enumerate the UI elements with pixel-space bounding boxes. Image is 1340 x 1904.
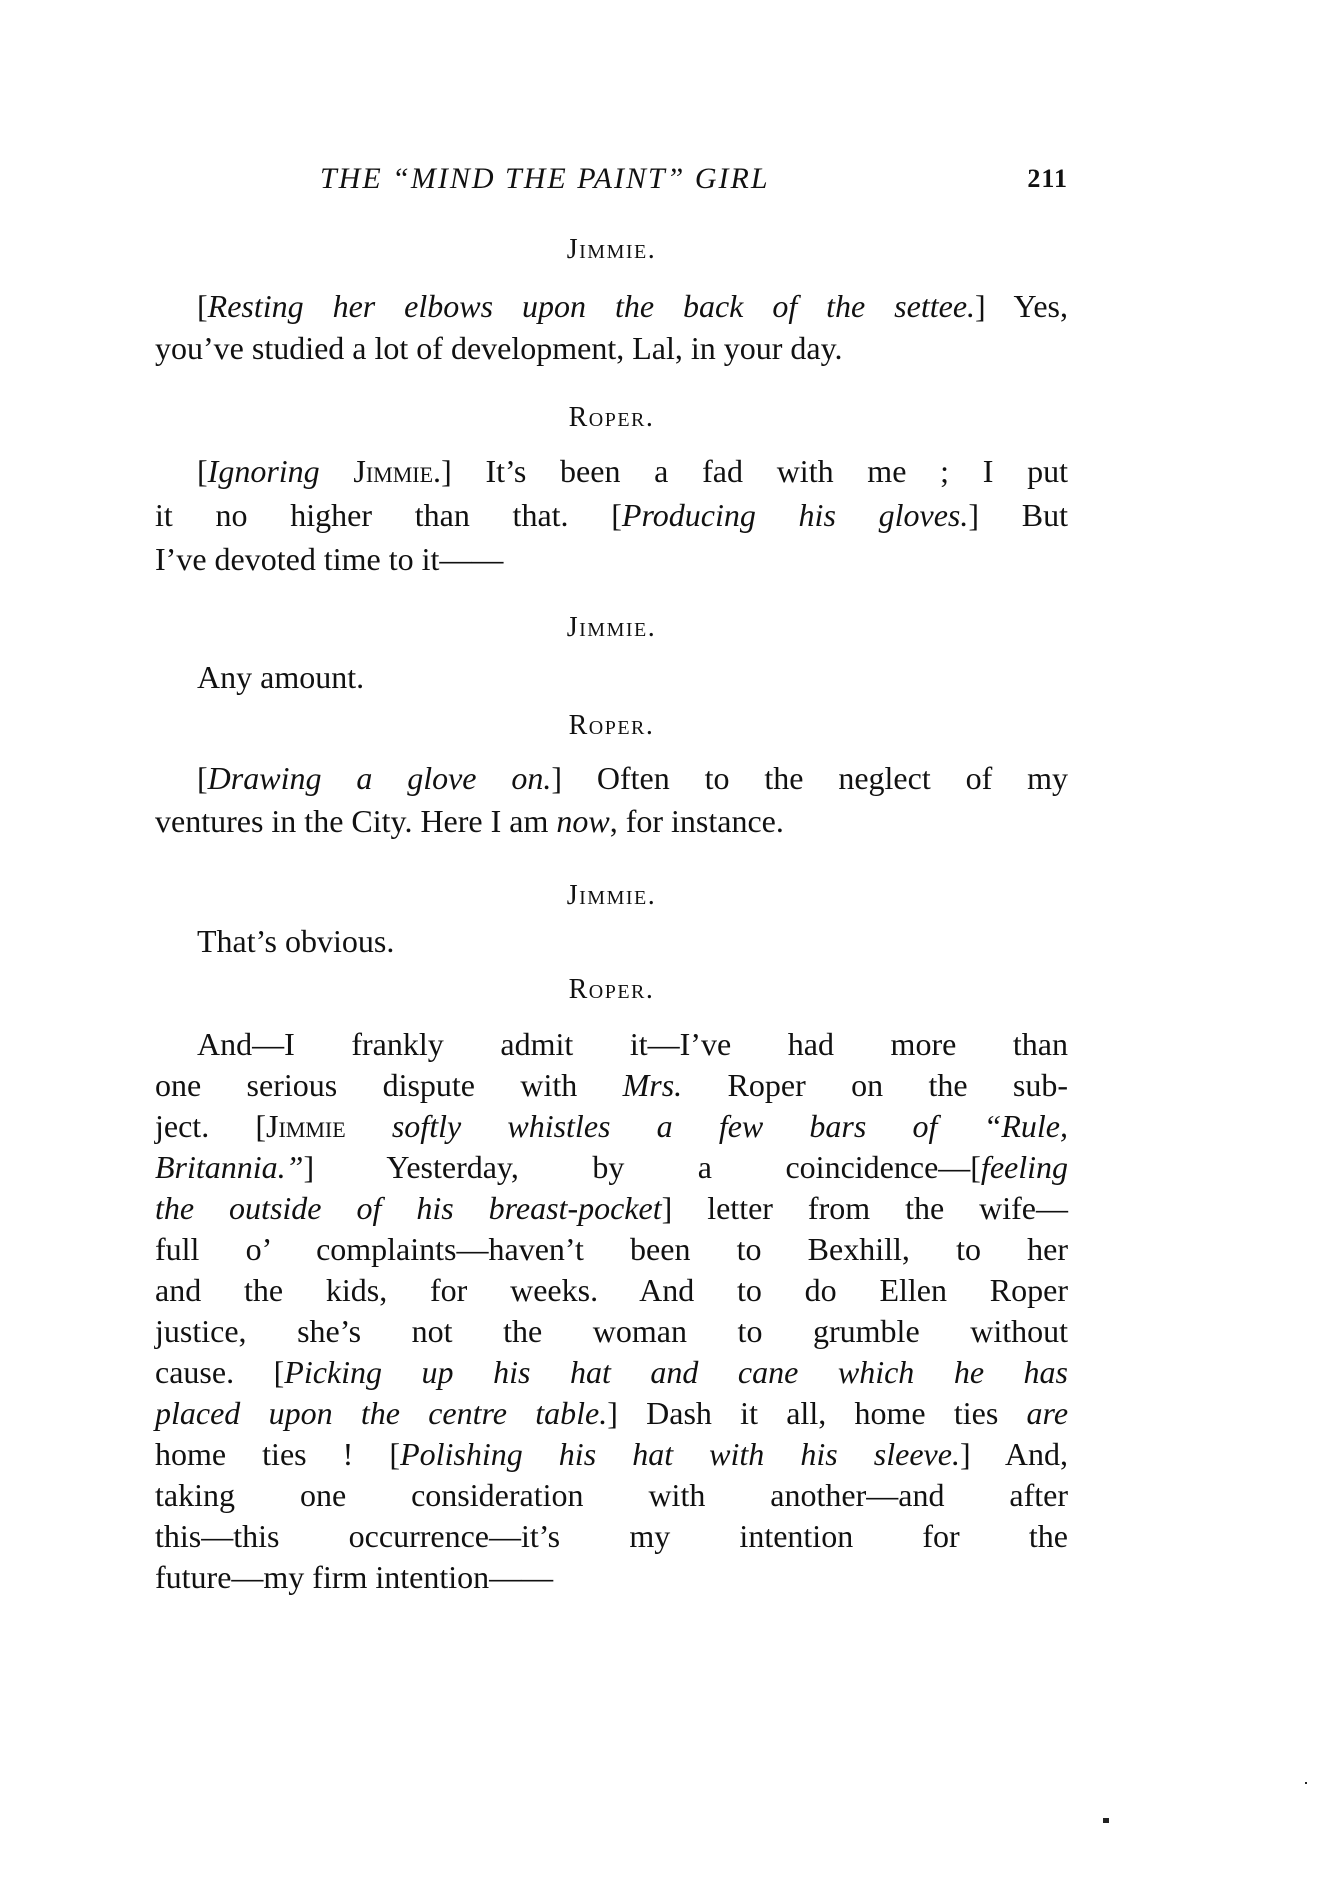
scan-speck: [1103, 1818, 1109, 1823]
running-title: THE “MIND THE PAINT” GIRL: [320, 162, 770, 196]
page-number: 211: [1027, 164, 1068, 194]
dialogue-text: it no higher than that. [: [155, 497, 622, 533]
text-line: [Ignoring Jimmie.] It’s been a fad with …: [197, 451, 1068, 491]
speaker-heading: Roper.: [155, 974, 1068, 1006]
stage-direction: now: [556, 803, 609, 839]
text-line: And—I frankly admit it—I’ve had more tha…: [197, 1024, 1068, 1064]
dialogue-text: one serious dispute with: [155, 1067, 623, 1103]
dialogue-text: this—this occurrence—it’s my intention f…: [155, 1518, 1068, 1554]
text-line: I’ve devoted time to it——: [155, 539, 1068, 579]
stage-direction: Polishing his hat with his sleeve.: [400, 1436, 960, 1472]
text-line: That’s obvious.: [197, 921, 1068, 961]
text-line: cause. [Picking up his hat and cane whic…: [155, 1352, 1068, 1392]
dialogue-text: full o’ complaints—haven’t been to Bexhi…: [155, 1231, 1068, 1267]
dialogue-text: ] Yes,: [975, 288, 1068, 324]
text-line: ventures in the City. Here I am now, for…: [155, 801, 1068, 841]
stage-direction: Producing his gloves.: [622, 497, 968, 533]
text-line: future—my firm intention——: [155, 1557, 1068, 1597]
text-line: ject. [Jimmie softly whistles a few bars…: [155, 1106, 1068, 1146]
text-line: it no higher than that. [Producing his g…: [155, 495, 1068, 535]
dialogue-text: ] And,: [960, 1436, 1068, 1472]
dialogue-text: [: [197, 760, 208, 796]
stage-direction: Resting her elbows upon the back of the …: [208, 288, 975, 324]
character-name: Jimmie: [266, 1108, 346, 1144]
text-line: the outside of his breast-pocket] letter…: [155, 1188, 1068, 1228]
stage-direction: Drawing a glove on.: [208, 760, 552, 796]
text-line: Britannia.”] Yesterday, by a coincidence…: [155, 1147, 1068, 1187]
text-line: this—this occurrence—it’s my intention f…: [155, 1516, 1068, 1556]
dialogue-text: ] Dash it all, home ties: [607, 1395, 1026, 1431]
dialogue-text: And—I frankly admit it—I’ve had more tha…: [197, 1026, 1068, 1062]
dialogue-text: ] But: [968, 497, 1068, 533]
scan-speck: [1305, 1782, 1307, 1784]
dialogue-text: cause. [: [155, 1354, 284, 1390]
stage-direction: feeling: [981, 1149, 1068, 1185]
dialogue-text: home ties ! [: [155, 1436, 400, 1472]
dialogue-text: Any amount.: [197, 659, 364, 695]
dialogue-text: future—my firm intention——: [155, 1559, 553, 1595]
speaker-heading: Jimmie.: [155, 612, 1068, 644]
text-line: placed upon the centre table.] Dash it a…: [155, 1393, 1068, 1433]
speaker-heading: Jimmie.: [155, 880, 1068, 912]
text-line: one serious dispute with Mrs. Roper on t…: [155, 1065, 1068, 1105]
dialogue-text: ] letter from the wife—: [662, 1190, 1068, 1226]
text-line: you’ve studied a lot of development, Lal…: [155, 328, 1068, 368]
speaker-heading: Jimmie.: [155, 234, 1068, 266]
stage-direction: placed upon the centre table.: [155, 1395, 607, 1431]
stage-direction: Ignoring: [208, 453, 320, 489]
text-line: home ties ! [Polishing his hat with his …: [155, 1434, 1068, 1474]
speaker-heading: Roper.: [155, 710, 1068, 742]
stage-direction: are: [1027, 1395, 1068, 1431]
text-line: Any amount.: [197, 657, 1068, 697]
dialogue-text: Roper on the sub-: [682, 1067, 1068, 1103]
dialogue-text: That’s obvious.: [197, 923, 394, 959]
dialogue-text: you’ve studied a lot of development, Lal…: [155, 330, 843, 366]
dialogue-text: justice, she’s not the woman to grumble …: [155, 1313, 1068, 1349]
dialogue-text: ject. [: [155, 1108, 266, 1144]
dialogue-text: [: [197, 453, 208, 489]
stage-direction: softly whistles a few bars of “Rule,: [346, 1108, 1068, 1144]
dialogue-text: ] Yesterday, by a coincidence—[: [303, 1149, 980, 1185]
stage-direction: Britannia.”: [155, 1149, 303, 1185]
text-line: and the kids, for weeks. And to do Ellen…: [155, 1270, 1068, 1310]
dialogue-text: and the kids, for weeks. And to do Ellen…: [155, 1272, 1068, 1308]
dialogue-text: taking one consideration with another—an…: [155, 1477, 1068, 1513]
text-line: [Drawing a glove on.] Often to the negle…: [197, 758, 1068, 798]
character-name: Jimmie.: [353, 453, 441, 489]
stage-direction: Mrs.: [623, 1067, 683, 1103]
text-line: taking one consideration with another—an…: [155, 1475, 1068, 1515]
dialogue-text: , for instance.: [610, 803, 784, 839]
text-line: full o’ complaints—haven’t been to Bexhi…: [155, 1229, 1068, 1269]
dialogue-text: ] Often to the neglect of my: [551, 760, 1068, 796]
dialogue-text: I’ve devoted time to it——: [155, 541, 503, 577]
text-line: justice, she’s not the woman to grumble …: [155, 1311, 1068, 1351]
text-line: [Resting her elbows upon the back of the…: [197, 286, 1068, 326]
dialogue-text: [320, 453, 354, 489]
speaker-heading: Roper.: [155, 402, 1068, 434]
stage-direction: the outside of his breast-pocket: [155, 1190, 662, 1226]
dialogue-text: [: [197, 288, 208, 324]
dialogue-text: ventures in the City. Here I am: [155, 803, 556, 839]
stage-direction: Picking up his hat and cane which he has: [284, 1354, 1068, 1390]
dialogue-text: ] It’s been a fad with me ; I put: [441, 453, 1068, 489]
running-head: THE “MIND THE PAINT” GIRL 211: [155, 162, 1068, 202]
